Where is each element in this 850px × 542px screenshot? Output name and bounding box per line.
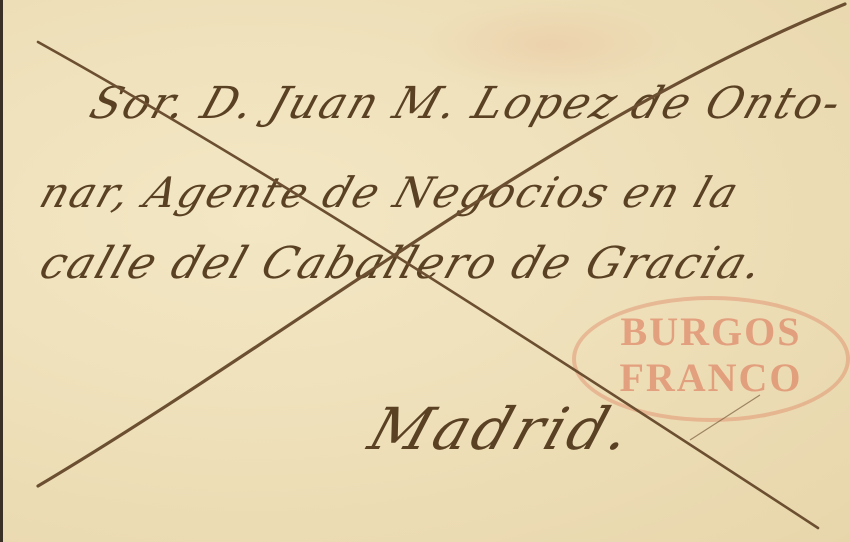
postal-cover: BURGOS FRANCO Sor. D. Juan M. Lopez de O…	[0, 0, 850, 542]
cross-cancellation-icon	[0, 0, 850, 542]
